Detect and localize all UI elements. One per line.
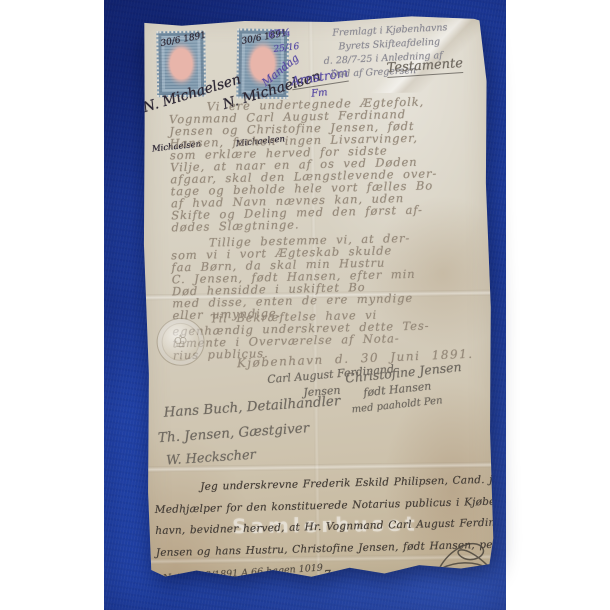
paper-wrap: 30/6 1891 N. Michaelsen Michaelsen 30/6 … [144, 16, 492, 580]
document-paper: 30/6 1891 N. Michaelsen Michaelsen 30/6 … [140, 14, 496, 583]
signature-flourish-icon [433, 538, 491, 575]
screenshot-canvas: 30/6 1891 N. Michaelsen Michaelsen 30/6 … [0, 0, 610, 610]
witness-signature: Th. Jensen, Gæstgiver [158, 420, 310, 446]
body-paragraph-1: Vi ere undertegnede Ægtefolk, Vognmand C… [169, 95, 474, 234]
archive-note: + Not. 2698/1891 A 66 hagen 1019 [152, 562, 324, 584]
seal-crown-glyph: ♔ [173, 332, 189, 352]
photo-blue-fabric-background: 30/6 1891 N. Michaelsen Michaelsen 30/6 … [104, 0, 506, 610]
page-mark: 7 [324, 568, 331, 581]
purple-annotation-fraction: 25/16 [273, 42, 300, 55]
